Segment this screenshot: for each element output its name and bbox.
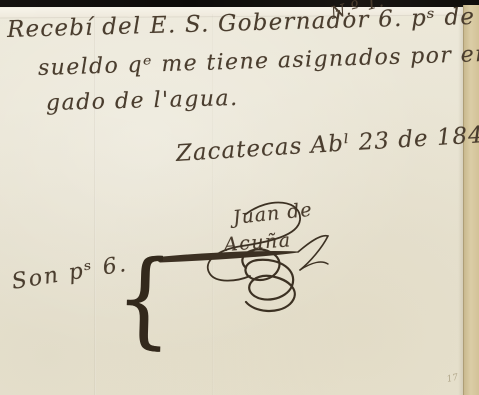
signature-rubric-flourish: [150, 196, 350, 326]
document-scan: N.º 1. Recebí del E. S. Gobernador 6. pˢ…: [0, 0, 479, 395]
dateline: Zacatecas Abˡ 23 de 1842.: [175, 121, 479, 167]
body-line-3: gado de l'agua.: [46, 86, 239, 116]
amount-brace: {: [114, 236, 174, 360]
body-line-2: sueldo qᵉ me tiene asignados por encar-: [38, 40, 479, 81]
amount-note: Son pˢ 6.: [10, 252, 129, 295]
